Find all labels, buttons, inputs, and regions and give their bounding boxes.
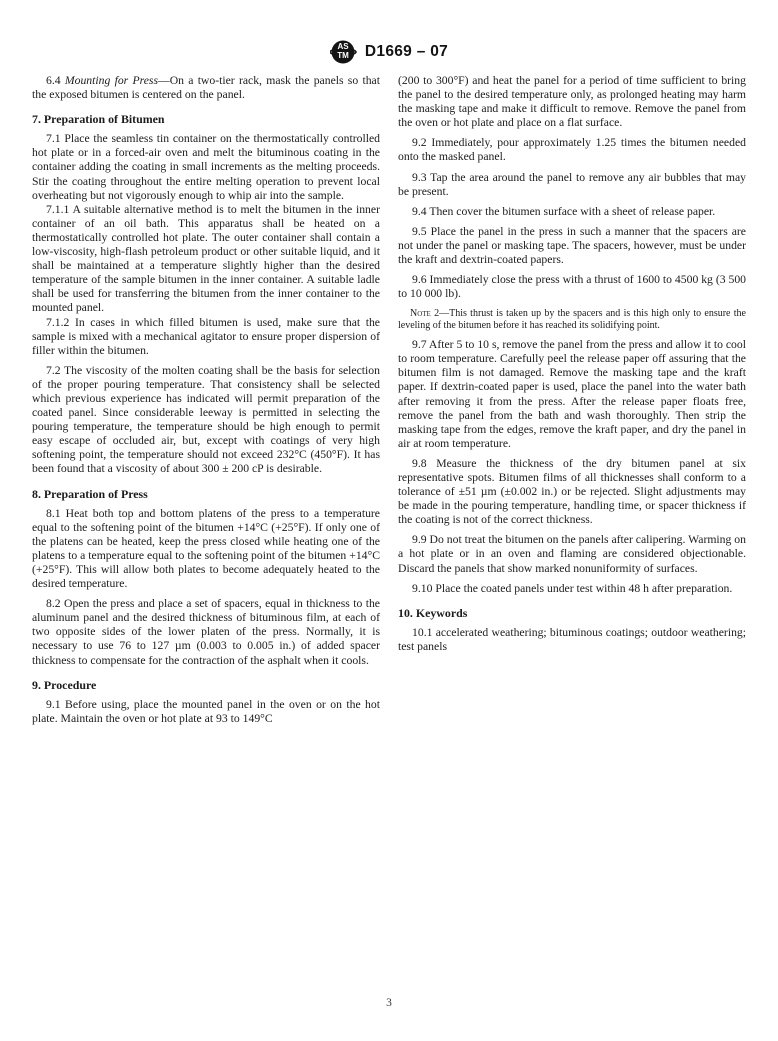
paragraph: 9.5 Place the panel in the press in such… — [398, 225, 746, 267]
svg-text:AS: AS — [337, 42, 349, 51]
paragraph: 9.1 Before using, place the mounted pane… — [32, 698, 380, 726]
text-run: 9.10 Place the coated panels under test … — [412, 582, 732, 595]
right-column: (200 to 300°F) and heat the panel for a … — [398, 74, 746, 726]
text-run: 10. Keywords — [398, 606, 467, 620]
text-run: 9.6 Immediately close the press with a t… — [398, 273, 746, 300]
text-run: 8.1 Heat both top and bottom platens of … — [32, 507, 380, 590]
paragraph: (200 to 300°F) and heat the panel for a … — [398, 74, 746, 130]
text-run: 7.2 The viscosity of the molten coating … — [32, 364, 380, 476]
section-heading: 7. Preparation of Bitumen — [32, 112, 380, 126]
document-header: AS TM D1669 – 07 — [0, 38, 778, 66]
text-run: 9.5 Place the panel in the press in such… — [398, 225, 746, 266]
text-run: 8.2 Open the press and place a set of sp… — [32, 597, 380, 666]
text-run: 9.2 Immediately, pour approximately 1.25… — [398, 136, 746, 163]
text-run: Note 2— — [410, 308, 449, 319]
document-body: 6.4 Mounting for Press—On a two-tier rac… — [32, 74, 746, 726]
paragraph: 10.1 accelerated weathering; bituminous … — [398, 626, 746, 654]
paragraph: 8.2 Open the press and place a set of sp… — [32, 597, 380, 667]
paragraph: 7.1 Place the seamless tin container on … — [32, 132, 380, 202]
astm-logo-icon: AS TM — [330, 38, 358, 66]
svg-text:TM: TM — [337, 51, 349, 60]
text-run: 9. Procedure — [32, 678, 96, 692]
section-heading: 10. Keywords — [398, 606, 746, 620]
text-run: 7.1 Place the seamless tin container on … — [32, 132, 380, 201]
section-heading: 9. Procedure — [32, 678, 380, 692]
paragraph: 9.9 Do not treat the bitumen on the pane… — [398, 533, 746, 575]
page-number: 3 — [386, 997, 392, 1009]
paragraph: 9.7 After 5 to 10 s, remove the panel fr… — [398, 338, 746, 451]
text-run: 7.1.1 A suitable alternative method is t… — [32, 203, 380, 315]
paragraph: 7.2 The viscosity of the molten coating … — [32, 364, 380, 477]
text-run: 10.1 accelerated weathering; bituminous … — [398, 626, 746, 653]
paragraph: 7.1.1 A suitable alternative method is t… — [32, 203, 380, 316]
paragraph: 9.3 Tap the area around the panel to rem… — [398, 171, 746, 199]
text-run: 7. Preparation of Bitumen — [32, 112, 165, 126]
paragraph: 9.6 Immediately close the press with a t… — [398, 273, 746, 301]
text-run: (200 to 300°F) and heat the panel for a … — [398, 74, 746, 129]
paragraph: 9.2 Immediately, pour approximately 1.25… — [398, 136, 746, 164]
section-heading: 8. Preparation of Press — [32, 487, 380, 501]
paragraph: 9.10 Place the coated panels under test … — [398, 582, 746, 596]
paragraph: 9.8 Measure the thickness of the dry bit… — [398, 457, 746, 527]
paragraph: 7.1.2 In cases in which filled bitumen i… — [32, 316, 380, 358]
note-paragraph: Note 2—This thrust is taken up by the sp… — [398, 308, 746, 332]
text-run: 9.8 Measure the thickness of the dry bit… — [398, 457, 746, 526]
text-run: 9.9 Do not treat the bitumen on the pane… — [398, 533, 746, 574]
document-footer: 3 — [0, 997, 778, 1009]
text-run: 9.4 Then cover the bitumen surface with … — [412, 205, 715, 218]
text-run: 9.7 After 5 to 10 s, remove the panel fr… — [398, 338, 746, 450]
text-run: Mounting for Press — [65, 74, 158, 87]
text-run: 7.1.2 In cases in which filled bitumen i… — [32, 316, 380, 357]
text-run: 6.4 — [46, 74, 65, 87]
paragraph: 9.4 Then cover the bitumen surface with … — [398, 205, 746, 219]
standard-designation: D1669 – 07 — [365, 43, 448, 61]
document-page: AS TM D1669 – 07 6.4 Mounting for Press—… — [0, 0, 778, 1041]
text-run: 9.3 Tap the area around the panel to rem… — [398, 171, 746, 198]
paragraph: 8.1 Heat both top and bottom platens of … — [32, 507, 380, 592]
text-run: 9.1 Before using, place the mounted pane… — [32, 698, 380, 725]
text-run: This thrust is taken up by the spacers a… — [398, 308, 746, 331]
left-column: 6.4 Mounting for Press—On a two-tier rac… — [32, 74, 380, 726]
text-run: 8. Preparation of Press — [32, 487, 148, 501]
paragraph: 6.4 Mounting for Press—On a two-tier rac… — [32, 74, 380, 102]
